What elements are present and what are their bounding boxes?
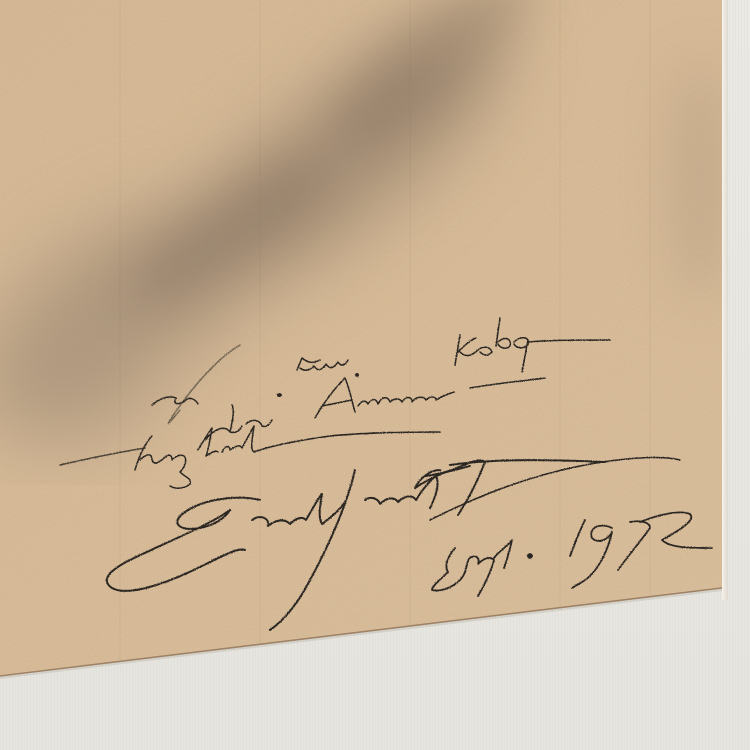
- drawing-paper: [0, 0, 750, 750]
- photo-scene: für Frau Kolb die Annerose herzlichst Si…: [0, 0, 750, 750]
- mat-bevel-edge: [722, 0, 728, 600]
